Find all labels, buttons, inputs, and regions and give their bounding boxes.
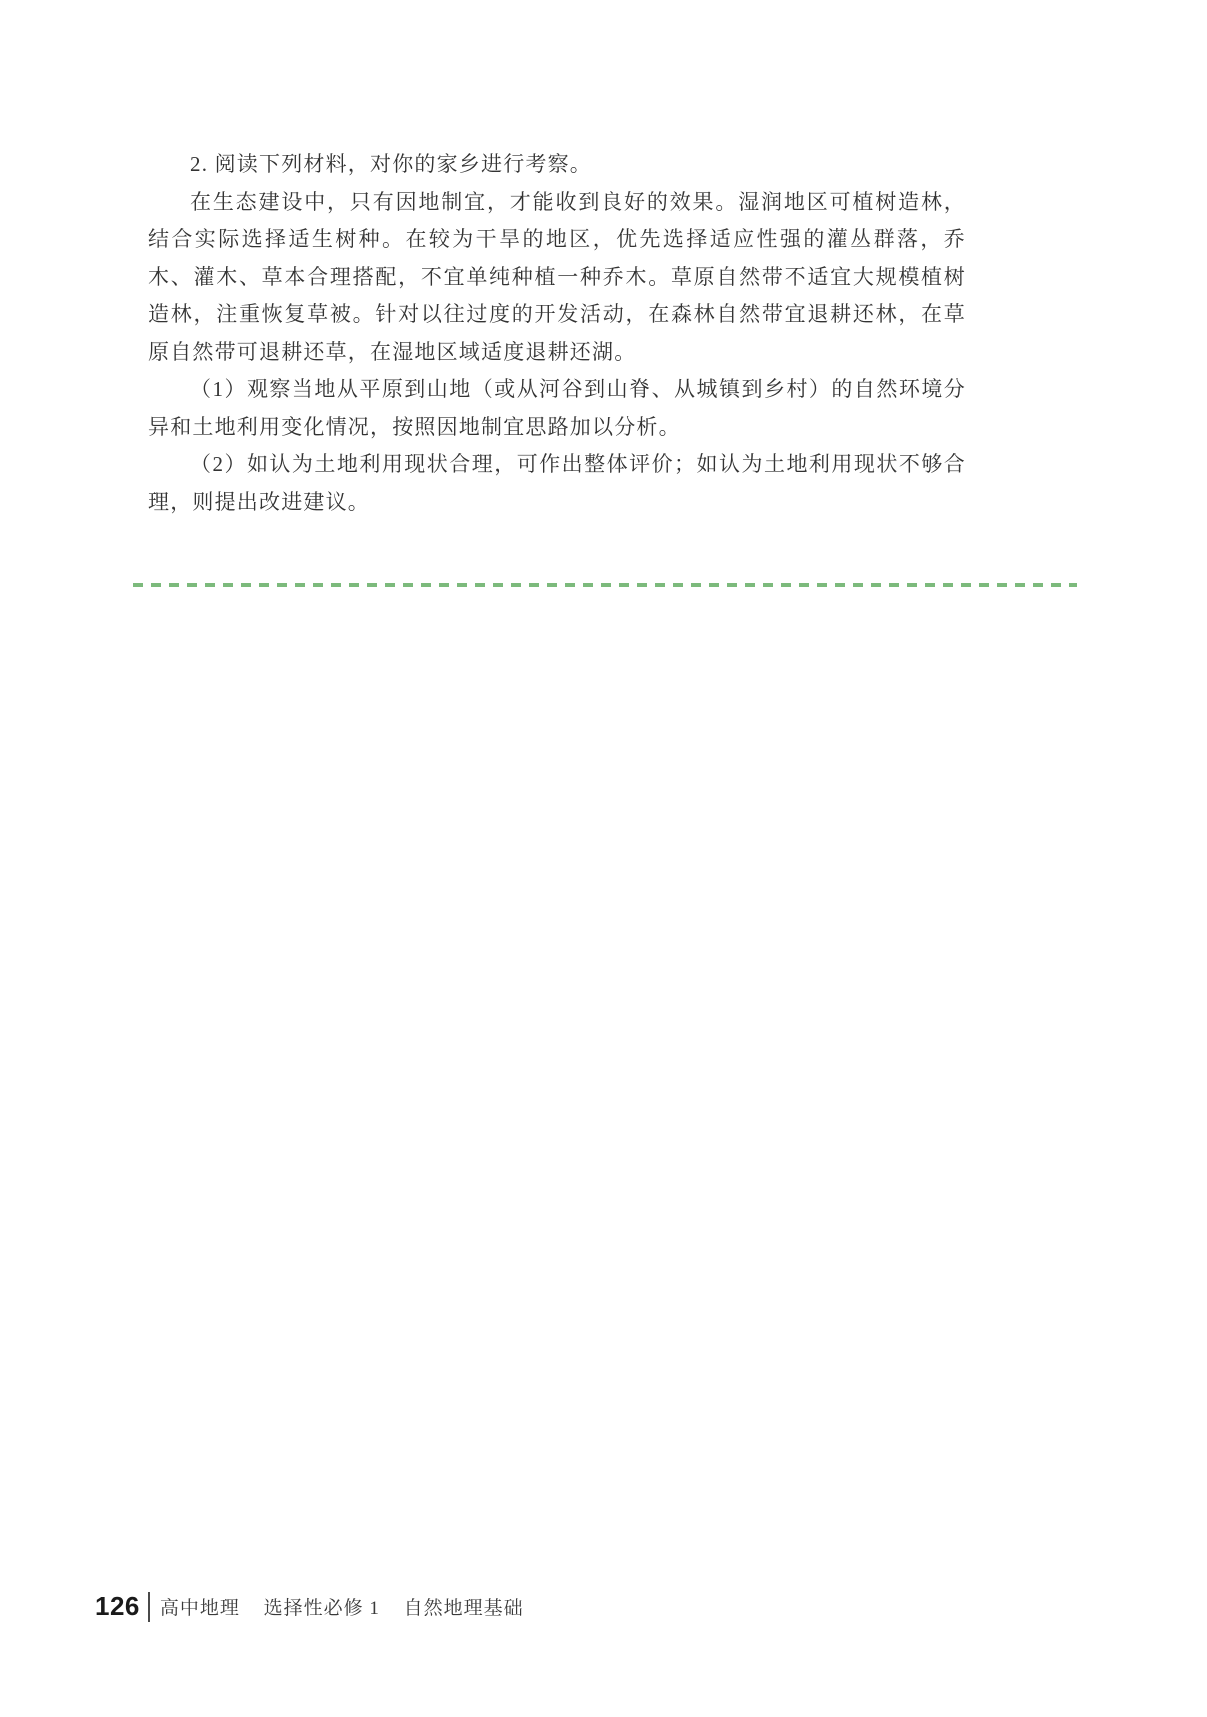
- footer-subtitle: 自然地理基础: [404, 1598, 524, 1619]
- page-footer: 126 高中地理 选择性必修 1 自然地理基础: [95, 1591, 524, 1622]
- footer-course: 高中地理: [160, 1598, 240, 1619]
- footer-book-title: 高中地理 选择性必修 1 自然地理基础: [160, 1593, 524, 1620]
- footer-divider-bar: [148, 1592, 150, 1622]
- question-intro: 2. 阅读下列材料，对你的家乡进行考察。: [148, 146, 966, 184]
- green-dashed-divider: [133, 583, 1077, 587]
- page-number: 126: [95, 1591, 140, 1622]
- material-paragraph: 在生态建设中，只有因地制宜，才能收到良好的效果。湿润地区可植树造林，结合实际选择…: [148, 184, 966, 372]
- textbook-page: 2. 阅读下列材料，对你的家乡进行考察。 在生态建设中，只有因地制宜，才能收到良…: [0, 0, 1207, 1717]
- sub-question-1: （1）观察当地从平原到山地（或从河谷到山脊、从城镇到乡村）的自然环境分异和土地利…: [148, 371, 966, 446]
- footer-module: 选择性必修 1: [264, 1598, 380, 1619]
- exercise-text-block: 2. 阅读下列材料，对你的家乡进行考察。 在生态建设中，只有因地制宜，才能收到良…: [148, 146, 966, 521]
- sub-question-2: （2）如认为土地利用现状合理，可作出整体评价；如认为土地利用现状不够合理，则提出…: [148, 446, 966, 521]
